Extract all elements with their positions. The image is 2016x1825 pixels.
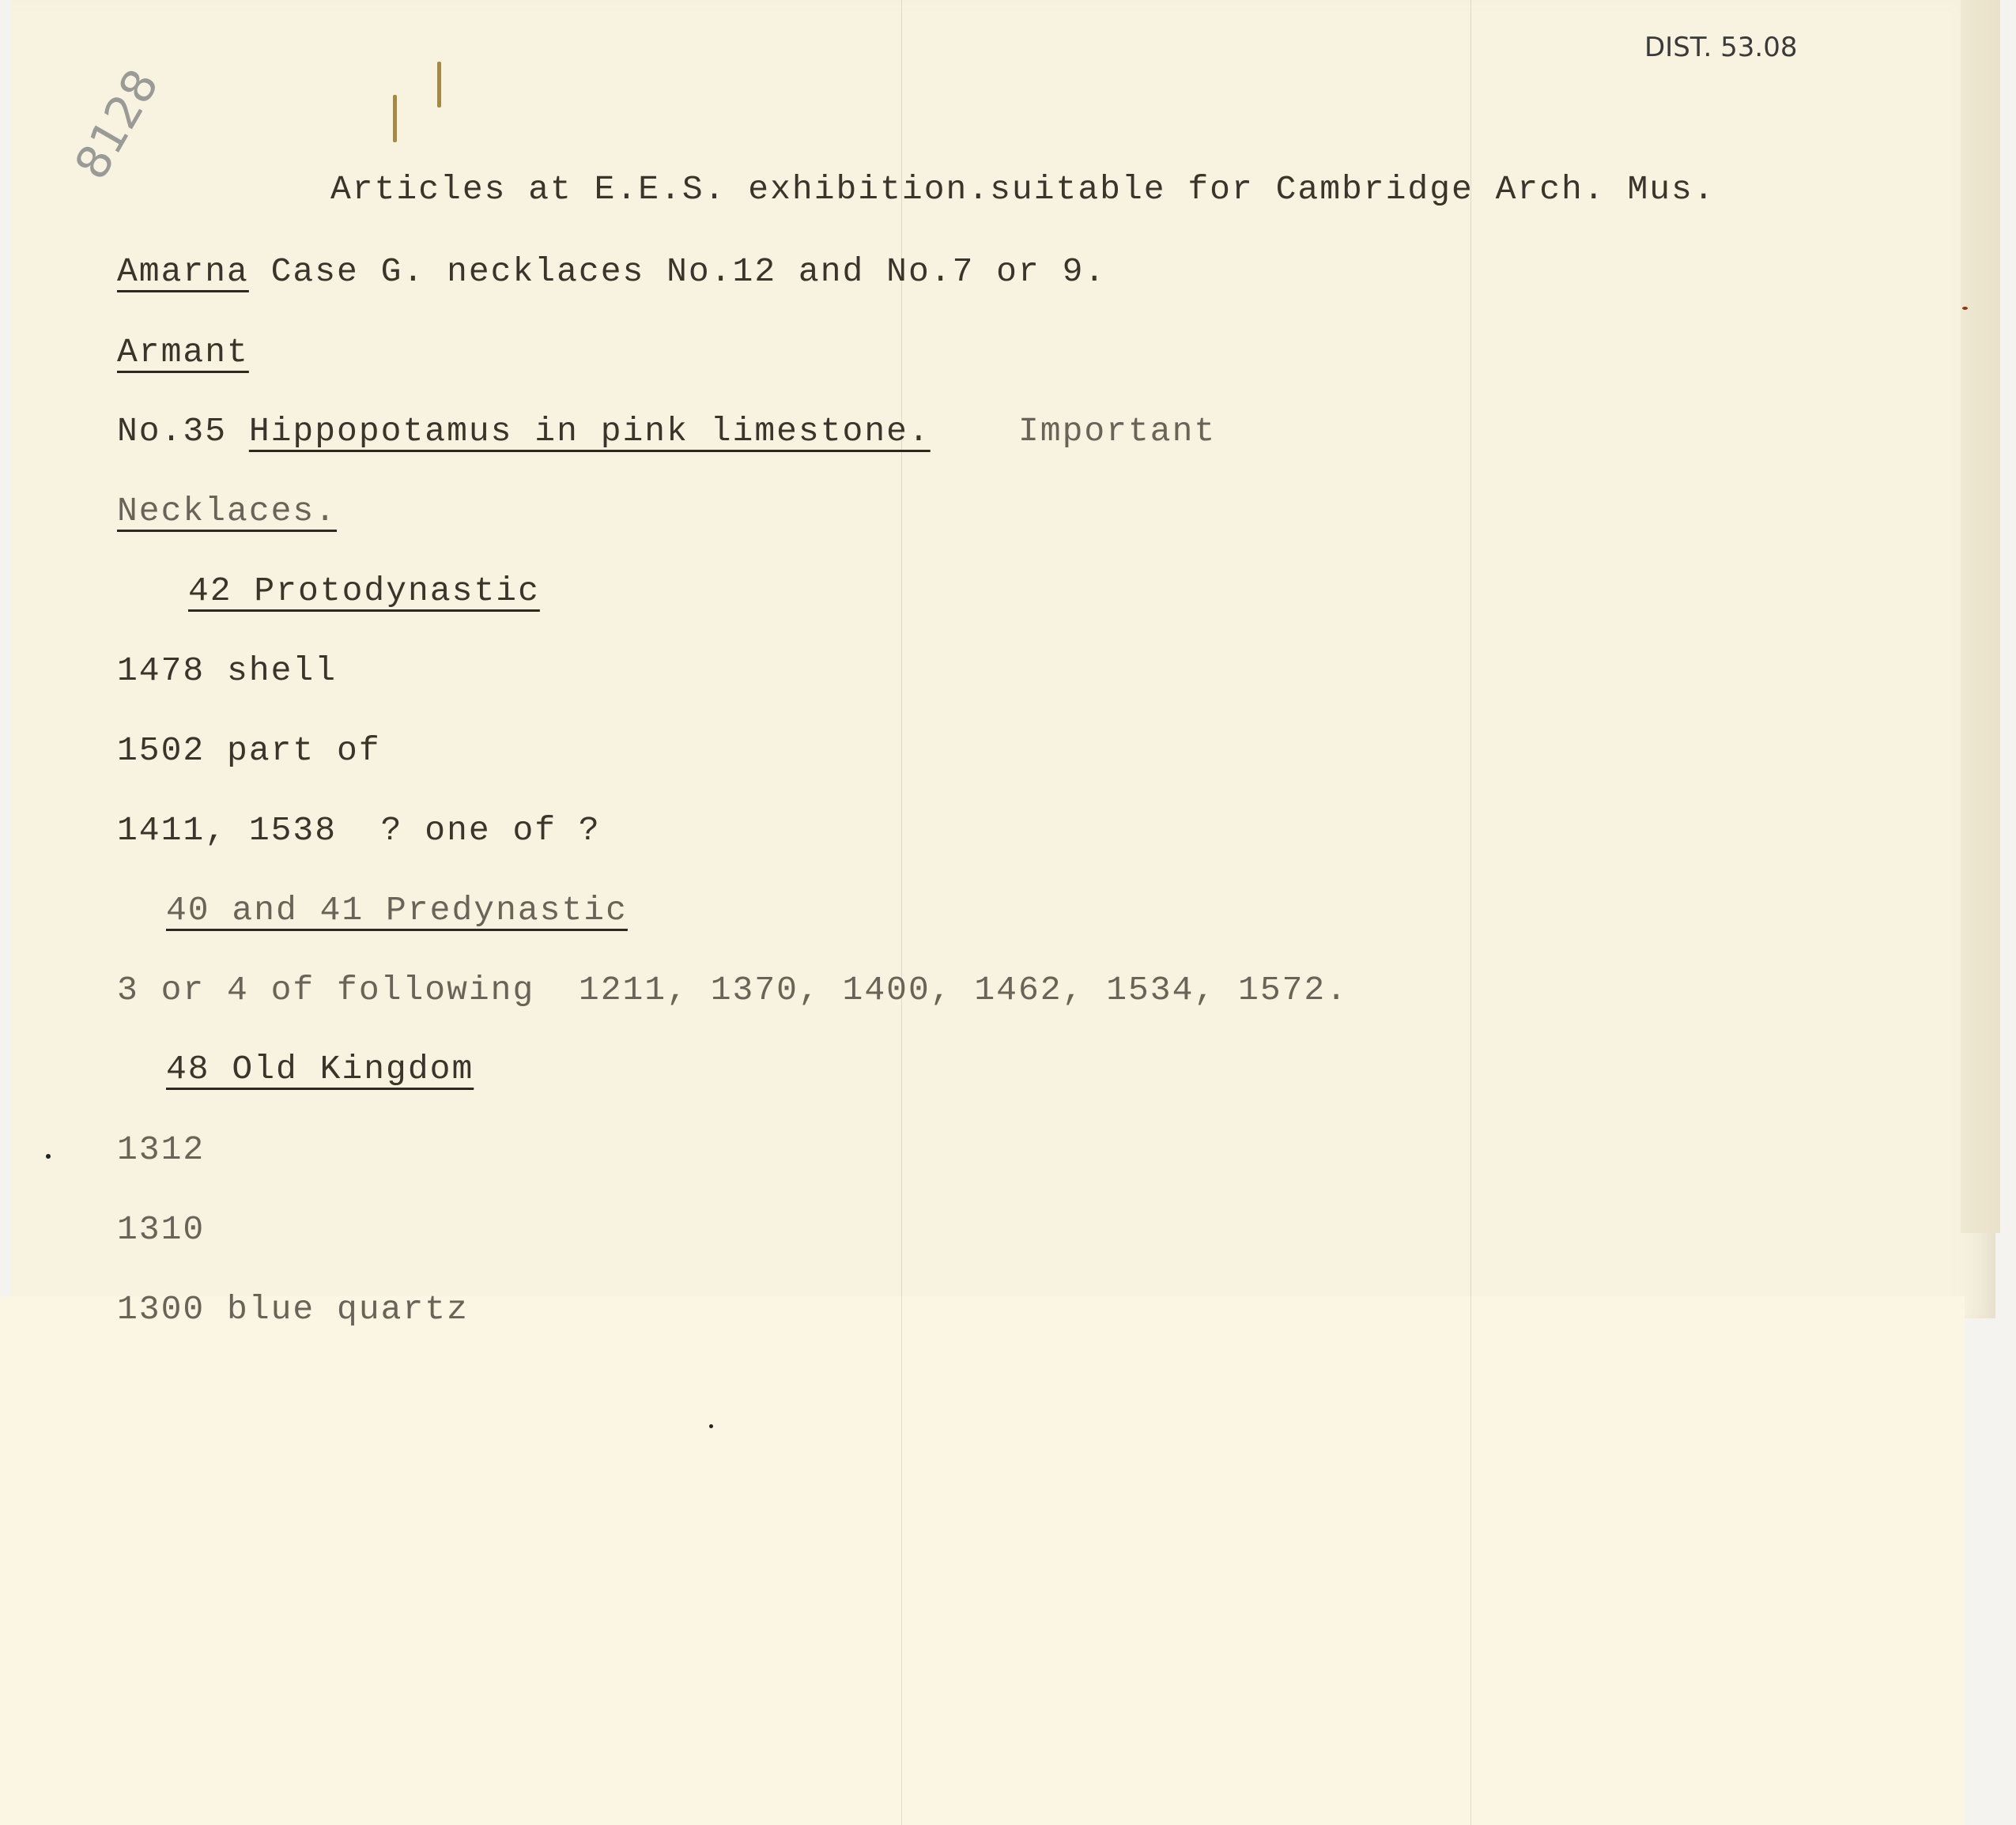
ink-mark: [393, 95, 397, 142]
line-necklaces: Necklaces.: [117, 494, 337, 528]
ink-speck: [1962, 307, 1968, 310]
subheading-protodynastic: 42 Protodynastic: [188, 574, 540, 608]
line-armant: Armant: [117, 335, 249, 369]
line-hippopotamus: No.35 Hippopotamus in pink limestone. Im…: [117, 414, 1216, 448]
heading-armant: Armant: [117, 333, 249, 371]
crease-line: [1470, 0, 1471, 1825]
line-item: 1411, 1538 ? one of ?: [117, 813, 601, 847]
subheading-text: 40 and 41 Predynastic: [166, 891, 628, 929]
line-item: 1310: [117, 1212, 205, 1246]
ink-speck: [709, 1424, 713, 1428]
ink-speck: [46, 1154, 51, 1159]
document-title: Articles at E.E.S. exhibition.suitable f…: [330, 172, 1716, 206]
subheading-text: 42 Protodynastic: [188, 571, 540, 610]
item-description: Hippopotamus in pink limestone.: [249, 412, 931, 451]
accession-mark: DIST. 53.08: [1644, 32, 1797, 63]
heading-necklaces: Necklaces.: [117, 492, 337, 530]
heading-amarna: Amarna: [117, 252, 249, 291]
line-item: 3 or 4 of following 1211, 1370, 1400, 14…: [117, 973, 1348, 1007]
line-amarna: Amarna Case G. necklaces No.12 and No.7 …: [117, 255, 1106, 288]
amarna-text: Case G. necklaces No.12 and No.7 or 9.: [249, 252, 1106, 291]
line-item: 1478 shell: [117, 654, 337, 688]
subheading-text: 48 Old Kingdom: [166, 1050, 474, 1088]
line-item: 1312: [117, 1133, 205, 1167]
ink-mark: [437, 62, 441, 107]
folded-edge: [1961, 0, 2000, 1233]
subheading-old-kingdom: 48 Old Kingdom: [166, 1052, 474, 1086]
line-item: 1502 part of: [117, 733, 381, 767]
line-item: 1300 blue quartz: [117, 1292, 469, 1326]
item-number: No.35: [117, 412, 249, 451]
subheading-predynastic: 40 and 41 Predynastic: [166, 893, 628, 927]
important-note: Important: [931, 412, 1216, 451]
paper-sheet-lower: [0, 1296, 1965, 1825]
